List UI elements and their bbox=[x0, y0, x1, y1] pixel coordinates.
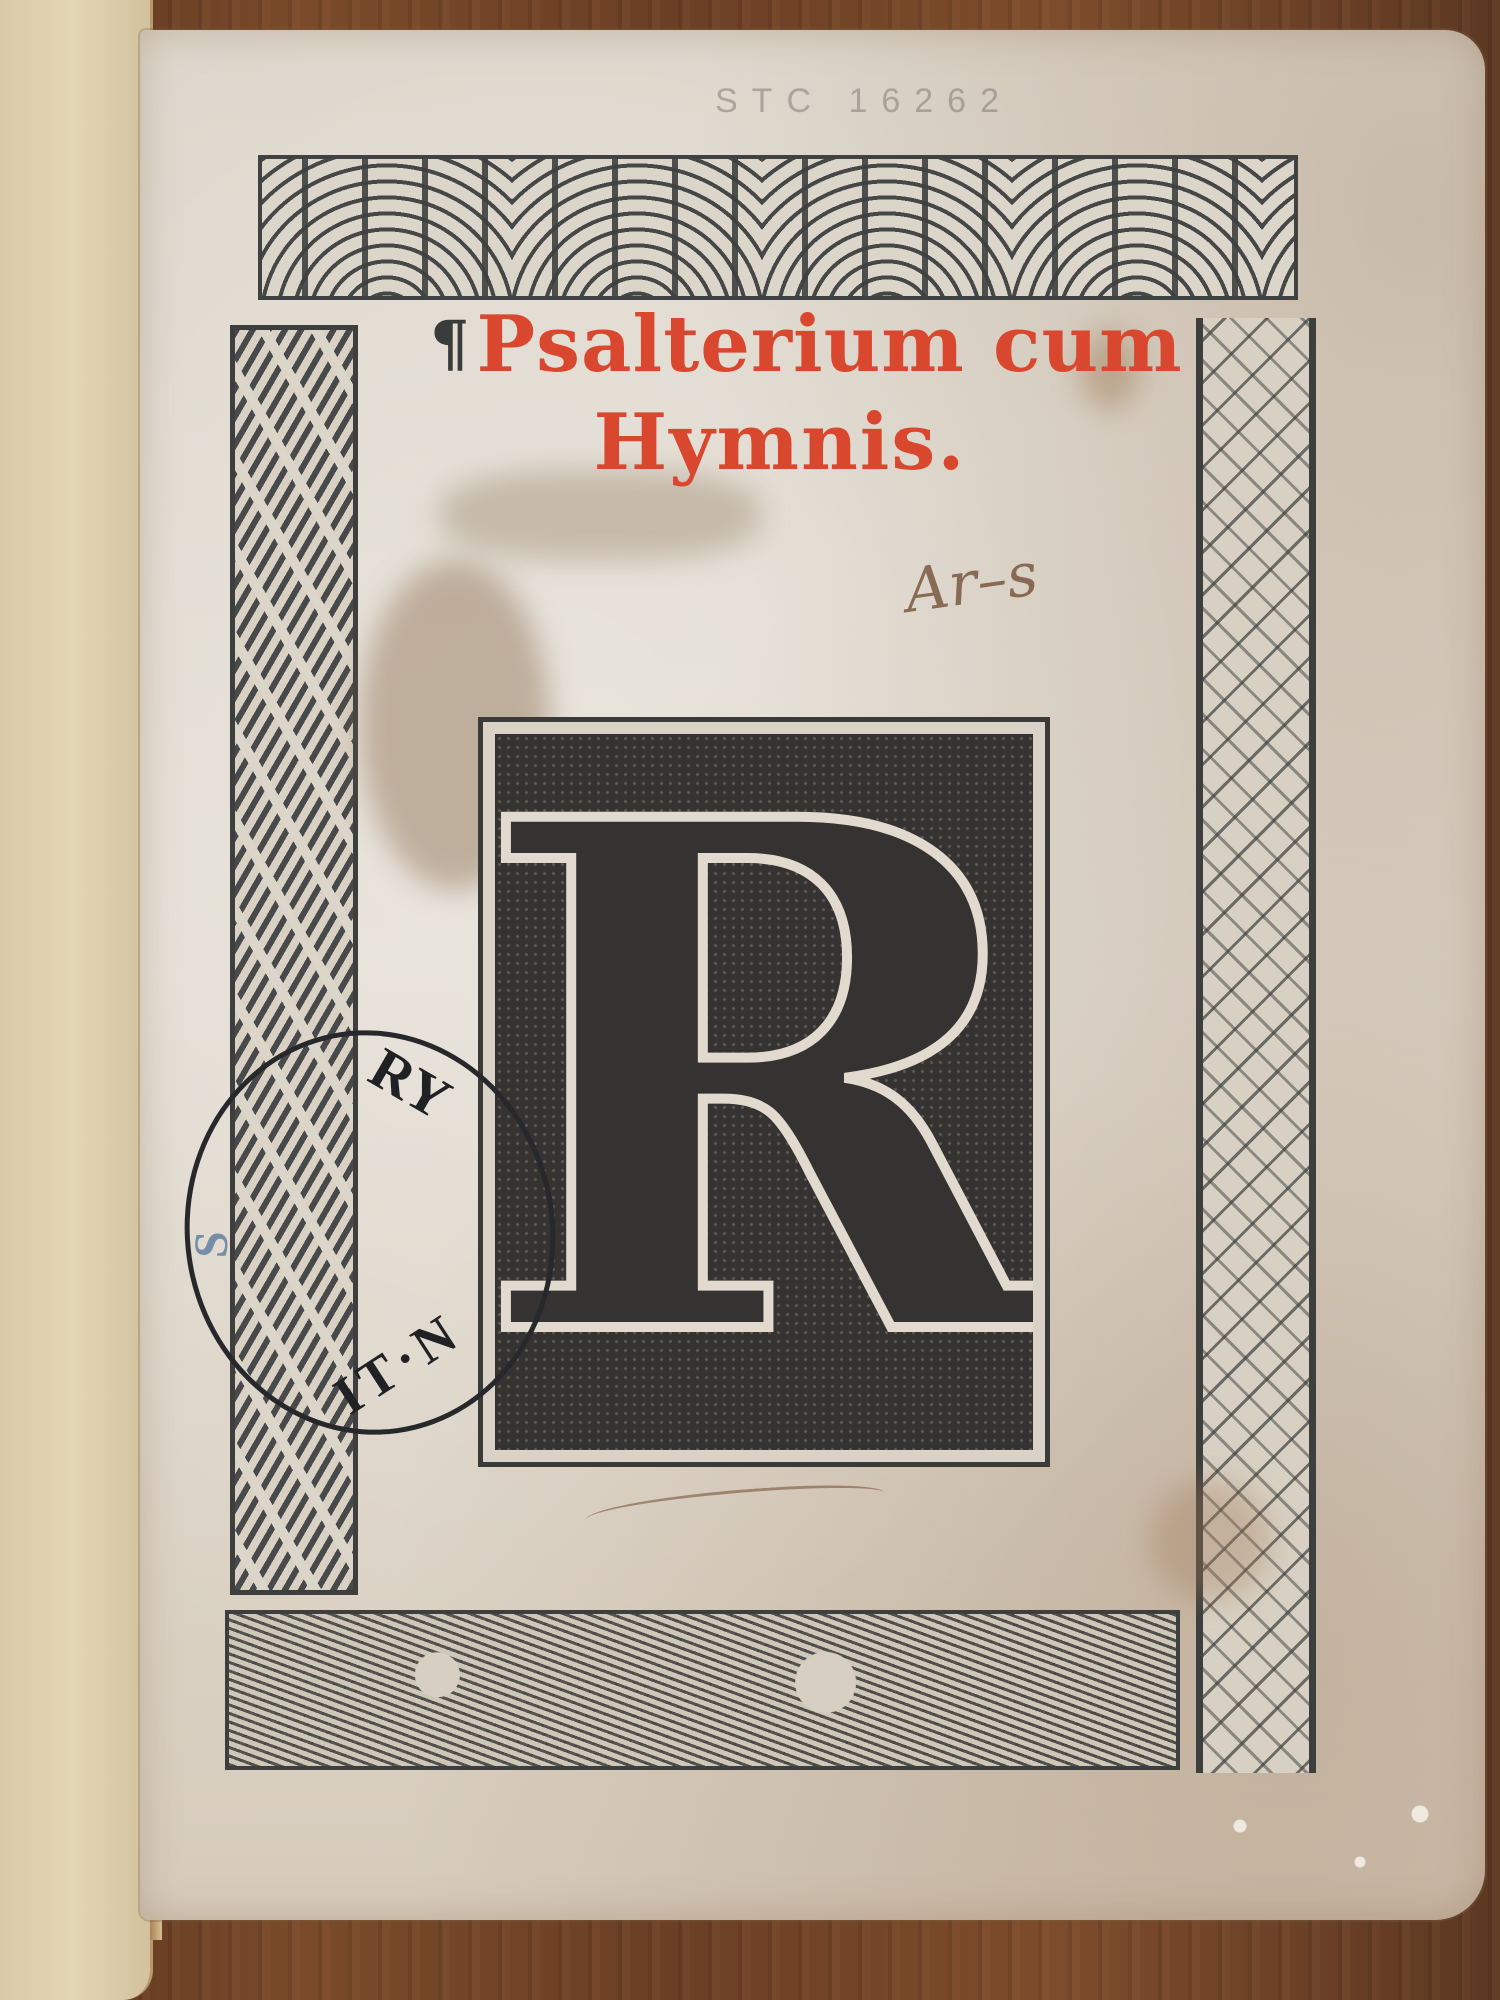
woodcut-initial-frame: R bbox=[478, 717, 1050, 1467]
woodcut-initial-block: R bbox=[495, 734, 1033, 1450]
stamp-text-left: S bbox=[184, 1230, 240, 1259]
title-line-1-text: Psalterium cum bbox=[476, 299, 1182, 390]
woodcut-initial-letter: R bbox=[495, 734, 1033, 1432]
page-title: ¶Psalterium cum Hymnis. bbox=[430, 300, 1130, 487]
foxing-stain bbox=[1150, 1480, 1270, 1600]
facing-endpaper bbox=[0, 0, 153, 2000]
paragraph-mark-icon: ¶ bbox=[430, 307, 470, 380]
page-edge-wear bbox=[1180, 1790, 1480, 1910]
woodcut-border-top bbox=[258, 155, 1298, 300]
woodcut-border-bottom bbox=[225, 1610, 1180, 1770]
pencil-shelfmark-note: STC 16262 bbox=[715, 82, 1013, 121]
title-line-1: ¶Psalterium cum bbox=[430, 300, 1130, 390]
title-line-2: Hymnis. bbox=[430, 398, 1130, 488]
